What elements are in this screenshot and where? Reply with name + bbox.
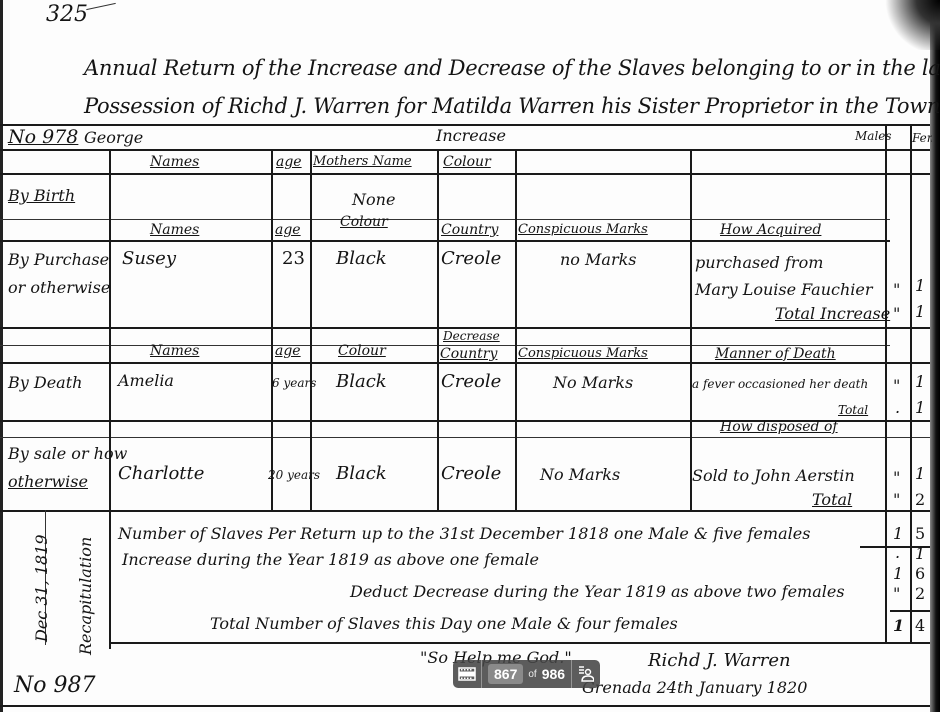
column-line [690, 149, 692, 510]
by-purchase-label-2: or otherwise [8, 280, 110, 296]
purchase-age: 23 [282, 250, 305, 268]
recap-line-2-females: 1 [915, 546, 925, 562]
rule [0, 510, 930, 512]
document-image: 325 Annual Return of the Increase and De… [0, 0, 940, 712]
sale-age: 20 years [268, 469, 320, 481]
sale-total-label: Total [812, 492, 852, 508]
death-age: 6 years [272, 377, 316, 389]
column-line [515, 149, 517, 510]
by-sale-label-1: By sale or how [8, 446, 127, 462]
decrease-header-colour: Colour [338, 344, 386, 358]
purchase-header-country: Country [441, 223, 498, 237]
decrease-header-manner-of-death: Manner of Death [715, 347, 836, 361]
sale-country: Creole [441, 465, 501, 483]
signature-place-date: Grenada 24th January 1820 [582, 680, 807, 696]
purchase-how-acquired-1: purchased from [695, 255, 823, 271]
disposal-header: How disposed of [720, 420, 838, 434]
recap-line-1-females: 5 [915, 526, 925, 542]
purchase-females: 1 [915, 278, 925, 294]
image-viewer-toolbar: 867 of 986 [453, 660, 600, 688]
males-header: Males [855, 130, 892, 142]
decrease-header-names: Names [150, 344, 199, 358]
death-females: 1 [915, 374, 925, 390]
rule [0, 219, 890, 220]
purchase-header-names: Names [150, 223, 199, 237]
col-header-colour: Colour [443, 155, 491, 169]
increase-heading: Increase [436, 128, 506, 144]
purchase-header-age: age [275, 223, 301, 237]
metadata-button[interactable] [572, 660, 600, 688]
title-line-2: Possession of Richd J. Warren for Matild… [84, 96, 940, 117]
recap-line-1-males: 1 [893, 526, 903, 542]
filmstrip-button[interactable] [453, 660, 481, 688]
folio-flourish [86, 3, 116, 10]
folio-number: 325 [46, 4, 88, 26]
rule [0, 362, 930, 364]
total-increase-females: 1 [915, 304, 925, 320]
purchase-header-colour: Colour [340, 215, 388, 229]
total-increase-label: Total Increase [775, 306, 890, 322]
death-total-males: . [895, 400, 900, 416]
decrease-header-marks: Conspicuous Marks [518, 347, 648, 360]
purchase-marks: no Marks [560, 252, 637, 268]
rule [0, 240, 890, 242]
rule [0, 149, 930, 151]
total-increase-males: " [893, 306, 900, 322]
recap-line-4-females: 2 [915, 586, 925, 602]
entry-number: No 978 [8, 128, 78, 147]
page-left-border [0, 0, 3, 712]
column-line [109, 149, 111, 649]
recap-line-4: Deduct Decrease during the Year 1819 as … [350, 584, 845, 600]
page-corner-shadow [880, 0, 940, 50]
recap-line-2-males: . [895, 545, 900, 561]
sale-marks: No Marks [540, 467, 620, 483]
page-counter: 867 of 986 [482, 660, 571, 688]
recap-line-2: Increase during the Year 1819 as above o… [122, 552, 539, 568]
sale-females: 1 [915, 466, 925, 482]
rule [0, 437, 930, 438]
females-header: Females [912, 132, 932, 144]
recap-total-males: 1 [893, 618, 904, 634]
col-header-mothers-name: Mothers Name [313, 155, 412, 168]
column-line [271, 149, 273, 510]
death-colour: Black [336, 373, 387, 391]
death-marks: No Marks [553, 375, 633, 391]
rule [0, 705, 930, 707]
recap-line-5: Total Number of Slaves this Day one Male… [210, 616, 678, 632]
purchase-colour: Black [336, 250, 387, 268]
signature-name: Richd J. Warren [648, 652, 791, 670]
purchase-header-how-acquired: How Acquired [720, 223, 821, 237]
recap-line-4-males: " [893, 586, 900, 602]
sale-total-males: " [893, 492, 900, 508]
column-line [885, 124, 887, 644]
by-death-label: By Death [8, 375, 82, 391]
column-line [910, 124, 912, 644]
recap-subtotal-females: 6 [915, 566, 925, 582]
sale-males: " [893, 470, 900, 486]
parish-name: George [84, 130, 143, 146]
column-line [310, 149, 312, 510]
by-birth-label: By Birth [8, 188, 75, 204]
total-pages: 986 [542, 666, 565, 682]
recap-date: Dec 31, 1819 [34, 534, 50, 642]
by-birth-mothers-name: None [352, 192, 395, 208]
current-page-input[interactable]: 867 [488, 664, 523, 684]
decrease-header-country: Country [440, 347, 497, 361]
purchase-males: " [893, 282, 900, 298]
col-header-age: age [276, 155, 302, 169]
decrease-heading: Decrease [443, 330, 500, 342]
recap-subtotal-males: 1 [893, 566, 903, 582]
col-header-names: Names [150, 155, 199, 169]
death-name: Amelia [118, 373, 174, 389]
purchase-how-acquired-2: Mary Louise Fauchier [695, 282, 873, 298]
by-purchase-label-1: By Purchase [8, 252, 109, 268]
decrease-header-age: age [275, 344, 301, 358]
title-line-1: Annual Return of the Increase and Decrea… [84, 58, 940, 79]
rule [0, 173, 930, 175]
column-line [437, 149, 439, 510]
list-person-icon [578, 665, 594, 683]
recap-total-females: 4 [915, 618, 925, 634]
by-sale-label-2: otherwise [8, 474, 88, 490]
death-males: " [893, 378, 900, 394]
filmstrip-icon [458, 667, 476, 681]
sale-colour: Black [336, 465, 387, 483]
death-manner: a fever occasioned her death [692, 378, 868, 390]
recap-line-1: Number of Slaves Per Return up to the 31… [118, 526, 810, 542]
of-label: of [528, 669, 536, 680]
death-country: Creole [441, 373, 501, 391]
footer-entry-number: No 987 [14, 675, 95, 697]
sale-disposal: Sold to John Aerstin [692, 468, 855, 484]
recap-heading: Recapitulation [78, 537, 94, 655]
death-total-females: 1 [915, 400, 925, 416]
sale-total-females: 2 [915, 492, 925, 508]
sale-name: Charlotte [118, 465, 204, 483]
purchase-name: Susey [122, 250, 176, 268]
rule [110, 642, 930, 644]
death-total-label: Total [838, 404, 868, 416]
purchase-header-marks: Conspicuous Marks [518, 223, 648, 236]
purchase-country: Creole [441, 250, 501, 268]
